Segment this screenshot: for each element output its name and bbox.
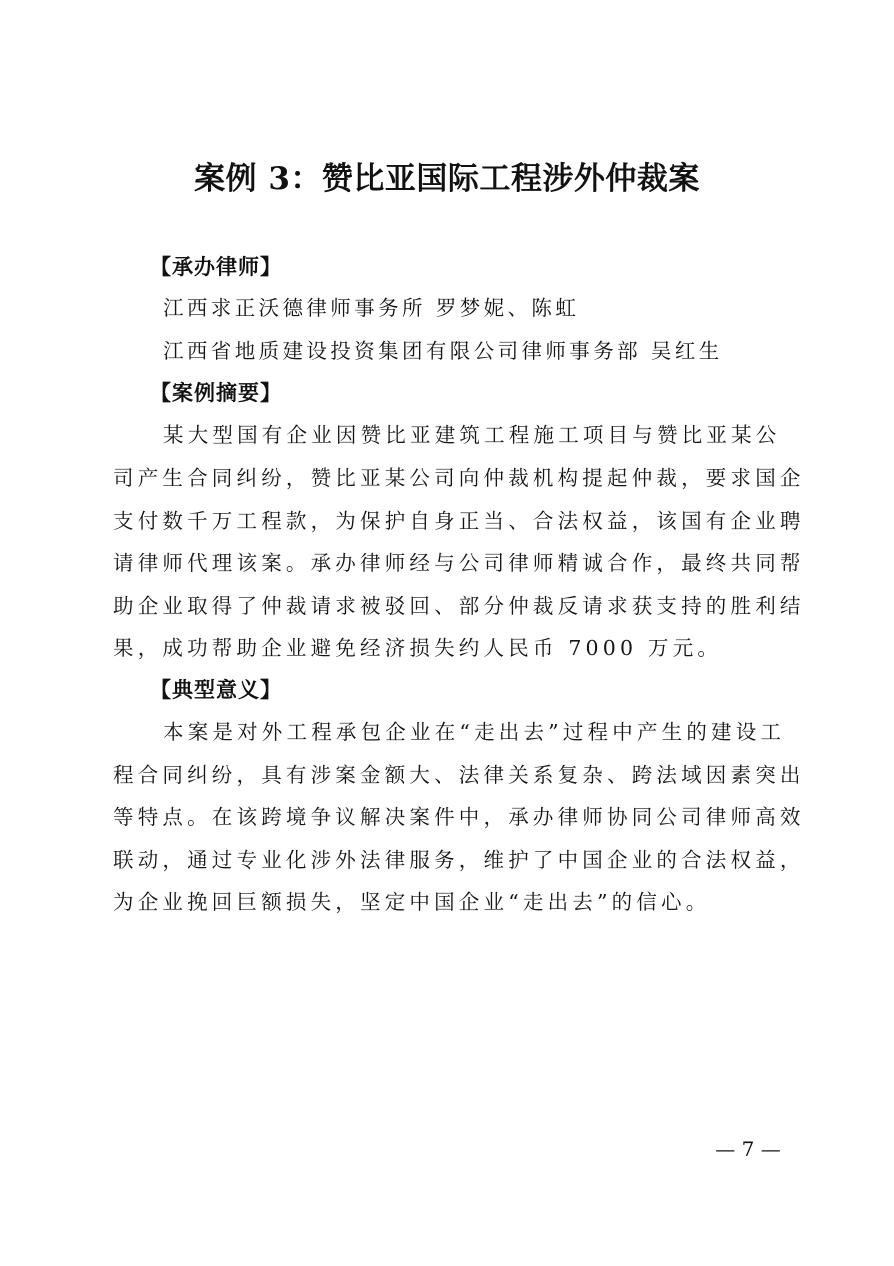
section-heading-summary: 【案例摘要】 xyxy=(150,378,282,408)
significance-line-3: 等特点。在该跨境争议解决案件中，承办律师协同公司律师高效 xyxy=(113,802,805,832)
document-page: 案例 3：赞比亚国际工程涉外仲裁案 【承办律师】 江西求正沃德律师事务所 罗梦妮… xyxy=(0,0,894,1266)
summary-line-2: 司产生合同纠纷，赞比亚某公司向仲裁机构提起仲裁，要求国企 xyxy=(113,463,805,493)
summary-line-6: 果，成功帮助企业避免经济损失约人民币 7000 万元。 xyxy=(113,633,722,663)
case-title: 案例 3：赞比亚国际工程涉外仲裁案 xyxy=(0,157,894,201)
significance-line-1: 本案是对外工程承包企业在“走出去”过程中产生的建设工 xyxy=(163,717,785,747)
significance-line-2: 程合同纠纷，具有涉案金额大、法律关系复杂、跨法域因素突出 xyxy=(113,760,805,790)
summary-line-5: 助企业取得了仲裁请求被驳回、部分仲裁反请求获支持的胜利结 xyxy=(113,591,805,621)
section-heading-lawyers: 【承办律师】 xyxy=(150,252,282,282)
section-heading-significance: 【典型意义】 xyxy=(150,675,282,705)
significance-line-5: 为企业挽回巨额损失，坚定中国企业“走出去”的信心。 xyxy=(113,887,710,917)
summary-line-4: 请律师代理该案。承办律师经与公司律师精诚合作，最终共同帮 xyxy=(113,548,805,578)
summary-line-1: 某大型国有企业因赞比亚建筑工程施工项目与赞比亚某公 xyxy=(163,420,781,450)
lawyer-line-2: 江西省地质建设投资集团有限公司律师事务部 吴红生 xyxy=(163,336,723,366)
summary-line-3: 支付数千万工程款，为保护自身正当、合法权益，该国有企业聘 xyxy=(113,506,805,536)
lawyer-line-1: 江西求正沃德律师事务所 罗梦妮、陈虹 xyxy=(163,293,579,323)
significance-line-4: 联动，通过专业化涉外法律服务，维护了中国企业的合法权益， xyxy=(113,845,805,875)
page-number: — 7 — xyxy=(708,1135,788,1163)
